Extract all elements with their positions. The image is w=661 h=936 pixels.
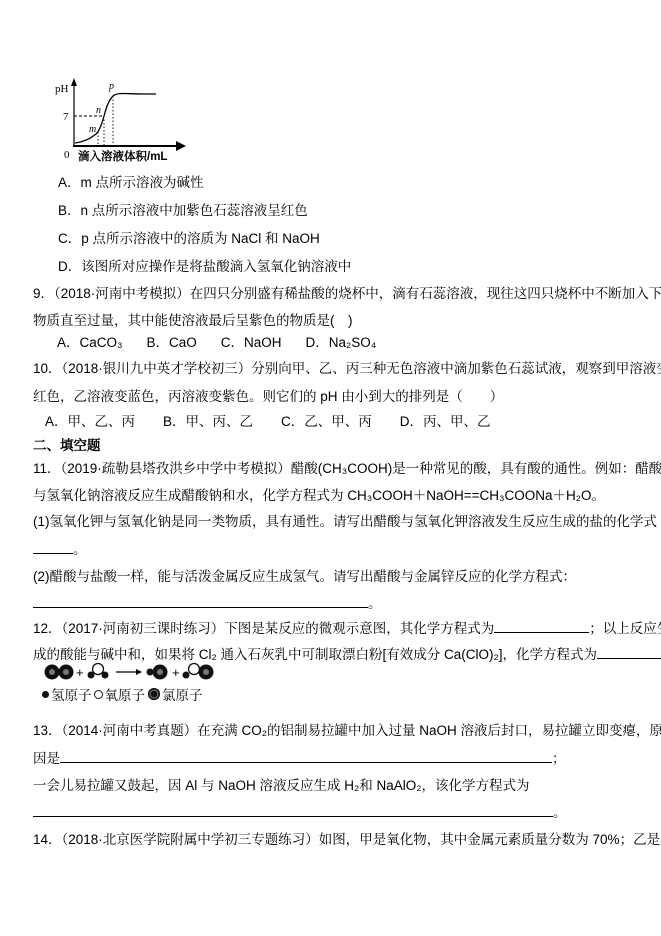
q13-text-line1: 13．（2014·河南中考真题）在充满 CO₂的铝制易拉罐中加入过量 NaOH … (33, 722, 661, 740)
hydrogen-atom-label: 氢原子 (51, 684, 92, 704)
q14-text-line1: 14．（2018·北京医学院附属中学初三专题练习）如图，甲是氧化物，其中金属元素… (33, 831, 661, 849)
q13-answer-line2: 。 (33, 803, 567, 822)
point-p-label: p (108, 81, 114, 92)
q13-line2-post: ； (552, 751, 566, 766)
q8-option-a: A．m 点所示溶液为碱性 (58, 174, 204, 192)
diagram-legend: 氢原子 氧原子 氯原子 (42, 685, 203, 703)
x-axis-arrow (176, 141, 186, 151)
q8-option-b: B．n 点所示溶液中加紫色石蕊溶液呈红色 (58, 202, 308, 220)
q9-options: A．CaCO₃ B．CaO C．NaOH D．Na₂SO₄ (57, 334, 376, 352)
chlorine-atom-label: 氯原子 (162, 684, 203, 704)
q10-option-c: C．乙、甲、丙 (281, 413, 372, 431)
q13-line2-pre: 因是 (33, 751, 60, 766)
q11-text-line2: 与氢氧化钠溶液反应生成醋酸钠和水，化学方程式为 CH₃COOH＋NaOH==CH… (33, 487, 605, 505)
plus-sign-2: + (172, 665, 180, 680)
y-tick-7: 7 (63, 111, 69, 123)
q10-option-a: A．甲、乙、丙 (45, 413, 135, 431)
q13-text-line2: 一会儿易拉罐又鼓起，因 Al 与 NaOH 溶液反应生成 H₂和 NaAlO₂，… (33, 777, 530, 795)
oxygen-atom-icon (94, 690, 103, 699)
x-axis-label: 滴入溶液体积/mL (78, 149, 167, 163)
point-n-label: n (96, 105, 101, 116)
q11-sub2-blank (33, 594, 368, 608)
q11-sub1-period: 。 (73, 542, 87, 557)
cl2-molecule (45, 665, 74, 680)
q9-option-c: C．NaOH (221, 334, 282, 352)
q9-option-a: A．CaCO₃ (57, 334, 123, 352)
q11-sub2-text: (2)醋酸与盐酸一样，能与活泼金属反应生成氢气。请写出醋酸与金属锌反应的化学方程… (33, 568, 576, 586)
plus-sign-1: + (76, 665, 84, 680)
q12-text-line1: 12．（2017·河南初三课时练习）下图是某反应的微观示意图，其化学方程式为；以… (33, 619, 661, 638)
q11-sub2-period: 。 (368, 596, 382, 611)
q9-text-line1: 9．（2018·河南中考模拟）在四只分别盛有稀盐酸的烧杯中，滴有石蕊溶液，现往这… (33, 285, 661, 303)
q10-text-line2: 红色，乙溶液变蓝色，丙溶液变紫色。则它们的 pH 由小到大的排列是（ ） (33, 388, 503, 406)
q13-answer-line1: 因是； (33, 749, 566, 768)
point-m-label: m (89, 124, 96, 135)
q10-option-b: B．甲、丙、乙 (163, 413, 253, 431)
q9-option-b: B．CaO (147, 334, 197, 352)
titration-curve (75, 94, 156, 144)
oxygen-atom-label: 氧原子 (105, 684, 146, 704)
q11-sub2-answer-line: 。 (33, 594, 382, 613)
hydrogen-atom-icon (42, 691, 49, 698)
q9-option-d: D．Na₂SO₄ (306, 334, 377, 352)
q9-text-line2: 物质直至过量，其中能使溶液最后呈紫色的物质是( ) (33, 312, 353, 330)
y-axis-label: pH (55, 83, 69, 95)
q10-text-line1: 10．（2018·银川九中英才学校初三）分别向甲、乙、丙三种无色溶液中滴加紫色石… (33, 360, 661, 378)
q13-line4-post: 。 (553, 805, 567, 820)
section-header-fill-in: 二、填空题 (33, 437, 101, 455)
q12-blank-1 (494, 619, 589, 633)
q11-sub1-text: (1)氢氧化钾与氢氧化钠是同一类物质，具有通性。请写出醋酸与氢氧化钾溶液发生反应… (33, 513, 657, 531)
q13-blank-1 (60, 749, 552, 763)
q11-sub1-blank (33, 540, 73, 554)
q11-text-line1: 11．（2019·疏勒县塔孜洪乡中学中考模拟）醋酸(CH₃COOH)是一种常见的… (33, 460, 661, 478)
q8-option-c: C．p 点所示溶液中的溶质为 NaCl 和 NaOH (58, 230, 320, 248)
q10-options: A．甲、乙、丙 B．甲、丙、乙 C．乙、甲、丙 D．丙、甲、乙 (45, 413, 491, 431)
q12-blank-2 (597, 645, 661, 659)
q11-sub1-answer-line: 。 (33, 540, 87, 559)
q13-blank-2 (33, 803, 553, 817)
q10-option-d: D．丙、甲、乙 (400, 413, 491, 431)
ph-titration-chart: pH 7 0 滴入溶液体积/mL m n p (40, 76, 192, 170)
q12-line1-post: ；以上反应生 (589, 621, 661, 636)
molecular-diagram: + + (40, 659, 255, 686)
hclo-molecule (183, 664, 214, 680)
chlorine-atom-icon (148, 688, 160, 700)
q12-line1-pre: 12．（2017·河南初三课时练习）下图是某反应的微观示意图，其化学方程式为 (33, 621, 494, 636)
q8-option-d: D．该图所对应操作是将盐酸滴入氢氧化钠溶液中 (58, 258, 351, 276)
h2o-molecule (88, 664, 109, 679)
origin-label: 0 (64, 149, 70, 161)
y-axis-arrow (71, 78, 77, 86)
hcl-molecule (147, 665, 168, 680)
reaction-arrow (116, 669, 142, 675)
exam-paper-page: pH 7 0 滴入溶液体积/mL m n p A．m 点所示溶液为碱性 B．n … (0, 0, 661, 936)
